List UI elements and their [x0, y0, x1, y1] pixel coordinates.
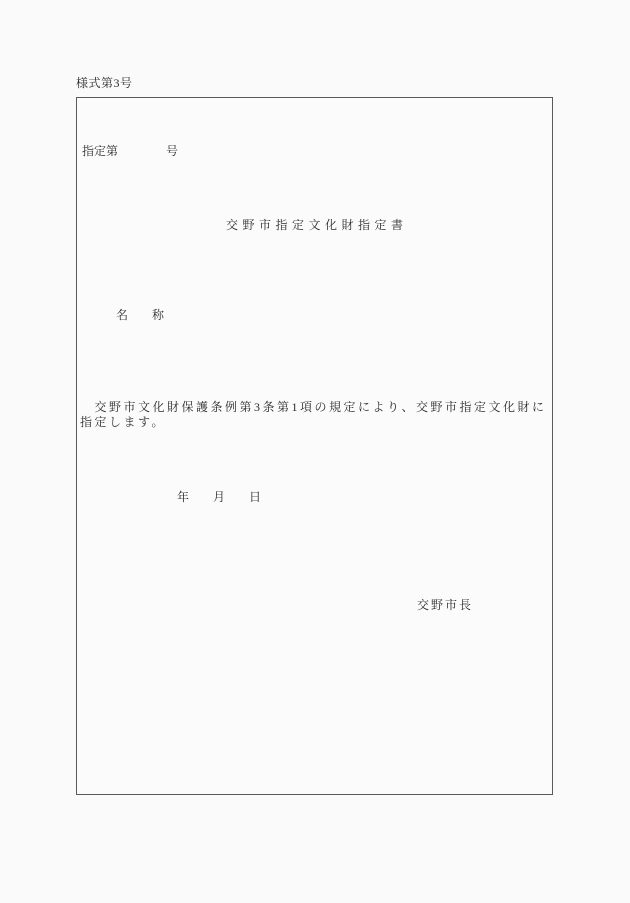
certificate-frame: 指定第 号 交野市指定文化財指定書 名 称 交野市文化財保護条例第3条第1項の規… — [76, 97, 553, 795]
body-paragraph-line-2: 指定します。 — [80, 415, 548, 430]
date-line: 年 月 日 — [177, 490, 261, 505]
designation-number-line: 指定第 号 — [82, 144, 178, 159]
name-field-label: 名 称 — [116, 308, 164, 323]
certificate-title: 交野市指定文化財指定書 — [77, 218, 552, 233]
document-page: 様式第3号 指定第 号 交野市指定文化財指定書 名 称 交野市文化財保護条例第3… — [0, 0, 630, 903]
body-paragraph-line-1: 交野市文化財保護条例第3条第1項の規定により、交野市指定文化財に — [80, 400, 548, 415]
mayor-signature: 交野市長 — [417, 598, 473, 613]
body-paragraph: 交野市文化財保護条例第3条第1項の規定により、交野市指定文化財に 指定します。 — [80, 400, 548, 430]
form-number-label: 様式第3号 — [76, 76, 133, 91]
